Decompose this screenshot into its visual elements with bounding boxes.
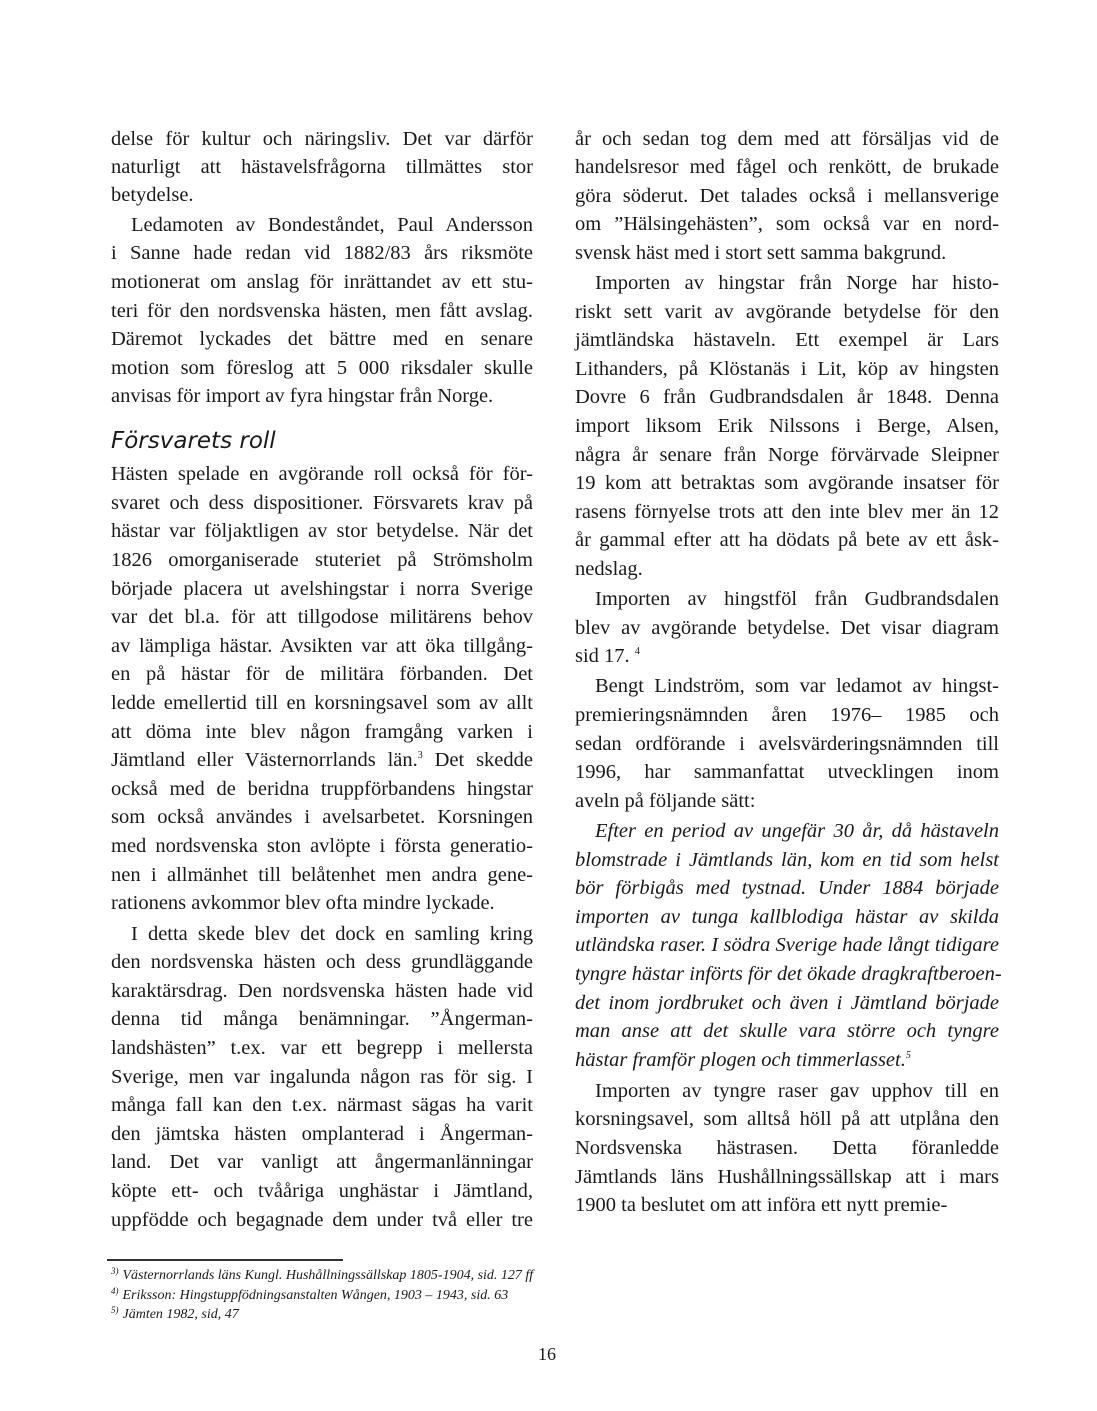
text-line: motion som föreslog att 5 000 riksdaler … xyxy=(111,354,533,382)
text-line: sid 17. 4 xyxy=(575,642,999,670)
text-line: land. Det var vanligt att ångermanlännin… xyxy=(111,1148,533,1176)
text-line: delse för kultur och näringsliv. Det var… xyxy=(111,125,533,153)
footnote-number: 3) xyxy=(111,1266,119,1276)
footnote-ref: 5 xyxy=(906,1050,911,1061)
text-line: naturligt att hästavelsfrågorna tillmätt… xyxy=(111,153,533,181)
quote-line: utländska raser. I södra Sverige hade lå… xyxy=(575,931,999,959)
footnote-ref: 4 xyxy=(635,646,640,657)
text-line: nedslag. xyxy=(575,555,999,583)
quote-line: tyngre hästar införts för det ökade drag… xyxy=(575,960,999,988)
text-line: som också användes i avelsarbetet. Korsn… xyxy=(111,803,533,831)
text-line: om ”Hälsingehästen”, som också var en no… xyxy=(575,210,999,238)
text-line: landshästen” t.ex. var ett begrepp i mel… xyxy=(111,1034,533,1062)
text-fragment: Jämtland eller Västernorrlands län. xyxy=(111,749,418,771)
text-line: korsningsavel, som alltså höll på att ut… xyxy=(575,1105,999,1133)
quote-line: Efter en period av ungefär 30 år, då häs… xyxy=(575,817,999,845)
section-heading: Försvarets roll xyxy=(111,427,276,455)
text-line: blev av avgörande betydelse. Det visar d… xyxy=(575,614,999,642)
quote-line: bör förbigås med tystnad. Under 1884 bör… xyxy=(575,874,999,902)
text-line: Bengt Lindström, som var ledamot av hing… xyxy=(575,672,999,700)
text-line: Importen av hingstföl från Gudbrandsdale… xyxy=(575,585,999,613)
text-line: karaktärsdrag. Den nordsvenska hästen ha… xyxy=(111,977,533,1005)
quote-line: hästar framför plogen och timmerlasset.5 xyxy=(575,1046,999,1074)
text-line: svaret och dess dispositioner. Försvaret… xyxy=(111,489,533,517)
footnote-number: 4) xyxy=(111,1286,119,1296)
text-line: Ledamoten av Bondeståndet, Paul Andersso… xyxy=(111,211,533,239)
text-line: Däremot lyckades det bättre med en senar… xyxy=(111,325,533,353)
text-line: började placera ut avelshingstar i norra… xyxy=(111,575,533,603)
footnote-divider xyxy=(107,1259,343,1261)
text-line: ledde emellertid till en korsningsavel s… xyxy=(111,689,533,717)
text-line: Lithanders, på Klöstanäs i Lit, köp av h… xyxy=(575,355,999,383)
text-line: handelsresor med fågel och renkött, de b… xyxy=(575,153,999,181)
text-line: premieringsnämnden åren 1976– 1985 och xyxy=(575,701,999,729)
text-line: rasens förnyelse trots att den inte blev… xyxy=(575,498,999,526)
text-line: Importen av tyngre raser gav upphov till… xyxy=(575,1077,999,1105)
text-line: Nordsvenska hästrasen. Detta föranledde xyxy=(575,1134,999,1162)
text-line: att döma inte blev någon framgång varken… xyxy=(111,718,533,746)
text-line: Hästen spelade en avgörande roll också f… xyxy=(111,460,533,488)
text-line: nen i allmänhet till belåtenhet men andr… xyxy=(111,861,533,889)
text-line: 19 kom att betraktas som avgörande insat… xyxy=(575,469,999,497)
text-line: köpte ett- och tvååriga unghästar i Jämt… xyxy=(111,1177,533,1205)
text-line: Dovre 6 från Gudbrandsdalen år 1848. Den… xyxy=(575,383,999,411)
text-line: 1900 ta beslutet om att införa ett nytt … xyxy=(575,1191,999,1219)
text-line: 1826 omorganiserade stuteriet på Strömsh… xyxy=(111,546,533,574)
text-line: denna tid många benämningar. ”Ångerman- xyxy=(111,1005,533,1033)
text-line: anvisas för import av fyra hingstar från… xyxy=(111,382,533,410)
text-fragment: hästar framför plogen och timmerlasset. xyxy=(575,1049,906,1071)
footnote-number: 5) xyxy=(111,1305,119,1315)
text-line: var det bl.a. för att tillgodose militär… xyxy=(111,603,533,631)
text-line: många fall kan den t.ex. närmast sägas h… xyxy=(111,1091,533,1119)
footnote-text: Västernorrlands läns Kungl. Hushållnings… xyxy=(123,1268,534,1283)
text-line: en på hästar för de militära förbanden. … xyxy=(111,660,533,688)
text-line: aveln på följande sätt: xyxy=(575,787,999,815)
text-line: med nordsvenska ston avlöpte i första ge… xyxy=(111,832,533,860)
quote-line: man anse att det skulle vara större och … xyxy=(575,1017,999,1045)
text-line: teri för den nordsvenska hästen, men fåt… xyxy=(111,297,533,325)
text-line: motionerat om anslag för inrättandet av … xyxy=(111,268,533,296)
text-line: Jämtland eller Västernorrlands län.3 Det… xyxy=(111,746,533,774)
text-line: några år senare från Norge förvärvade Sl… xyxy=(575,441,999,469)
text-fragment: Det skedde xyxy=(423,749,533,771)
text-line: svensk häst med i stort sett samma bakgr… xyxy=(575,239,999,267)
page-number: 16 xyxy=(538,1343,556,1365)
quote-line: det inom jordbruket och även i Jämtland … xyxy=(575,989,999,1017)
quote-line: blomstrade i Jämtlands län, kom en tid s… xyxy=(575,846,999,874)
text-line: Jämtlands läns Hushållningssällskap att … xyxy=(575,1163,999,1191)
text-line: år gammal efter att ha dödats på bete av… xyxy=(575,526,999,554)
text-line: den nordsvenska hästen och dess grundläg… xyxy=(111,948,533,976)
text-line: 1996, har sammanfattat utvecklingen inom xyxy=(575,758,999,786)
footnote-text: Jämten 1982, sid, 47 xyxy=(123,1307,239,1322)
text-line: import liksom Erik Nilssons i Berge, Als… xyxy=(575,412,999,440)
text-line: uppfödde och begagnade dem under två ell… xyxy=(111,1206,533,1234)
footnote: 5)Jämten 1982, sid, 47 xyxy=(111,1301,239,1324)
text-line: rationens avkommor blev ofta mindre lyck… xyxy=(111,889,533,917)
text-line: av lämpliga hästar. Avsikten var att öka… xyxy=(111,632,533,660)
quote-line: importen av tunga kallblodiga hästar av … xyxy=(575,903,999,931)
text-line: riskt sett varit av avgörande betydelse … xyxy=(575,298,999,326)
text-line: I detta skede blev det dock en samling k… xyxy=(111,920,533,948)
text-line: betydelse. xyxy=(111,181,533,209)
text-line: göra söderut. Det talades också i mellan… xyxy=(575,182,999,210)
text-line: Importen av hingstar från Norge har hist… xyxy=(575,269,999,297)
text-fragment: sid 17. xyxy=(575,645,630,667)
text-line: hästar var följaktligen av stor betydels… xyxy=(111,517,533,545)
text-line: också med de beridna truppförbandens hin… xyxy=(111,775,533,803)
text-line: i Sanne hade redan vid 1882/83 års riksm… xyxy=(111,239,533,267)
text-line: Sverige, men var ingalunda någon ras för… xyxy=(111,1063,533,1091)
text-line: jämtländska hästaveln. Ett exempel är La… xyxy=(575,326,999,354)
text-line: sedan ordförande i avelsvärderingsnämnde… xyxy=(575,730,999,758)
text-line: den jämtska hästen omplanterad i Ångerma… xyxy=(111,1120,533,1148)
text-line: år och sedan tog dem med att försäljas v… xyxy=(575,125,999,153)
